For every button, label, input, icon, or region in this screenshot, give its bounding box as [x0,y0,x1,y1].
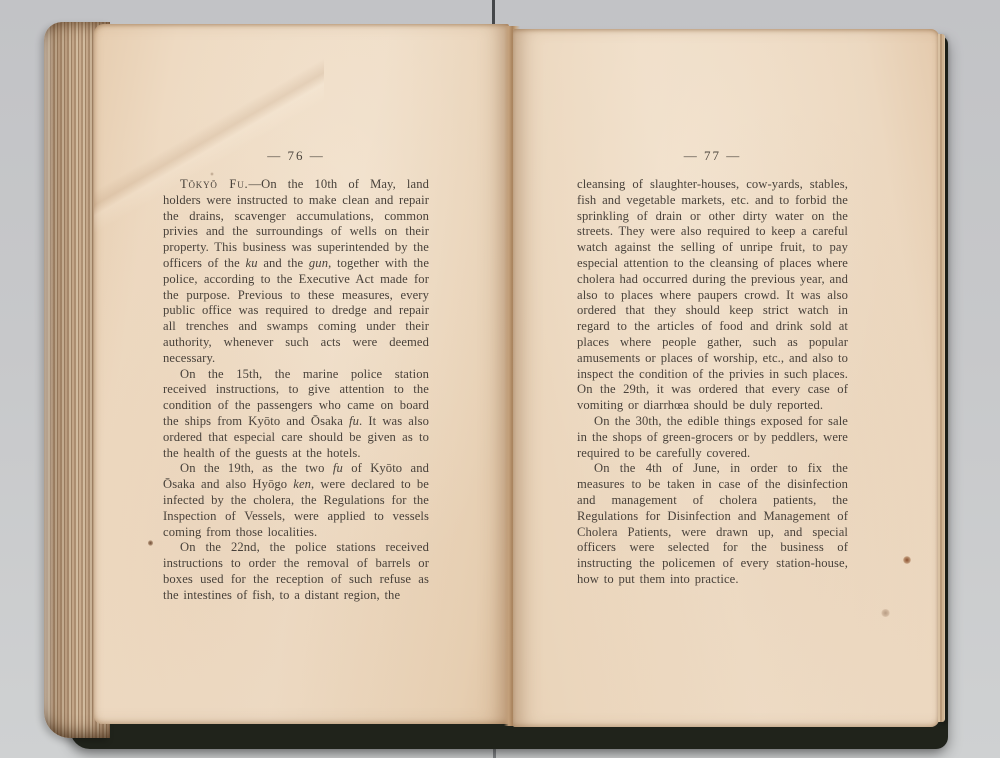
paragraph-left-1: Tōkyō Fu.—On the 10th of May, land holde… [163,177,429,367]
paragraph-left-2: On the 15th, the marine police station r… [163,367,429,462]
left-page-text-block: — 76 — Tōkyō Fu.—On the 10th of May, lan… [163,148,429,604]
page-number-left: — 76 — [163,148,429,164]
paragraph-left-3: On the 19th, as the two fu of Kyōto and … [163,461,429,540]
paragraph-right-1: cleansing of slaughter-houses, cow-yards… [577,177,848,414]
foxing-stain [148,540,153,546]
open-book: — 76 — Tōkyō Fu.—On the 10th of May, lan… [42,18,950,749]
right-page-edge-stack [938,34,945,722]
photo-of-open-book: { "colors": { "background_gray": "#c7c8c… [0,0,1000,758]
paragraph-left-4: On the 22nd, the police stations receive… [163,540,429,603]
paragraph-right-2: On the 30th, the edible things exposed f… [577,414,848,461]
paragraph-right-3: On the 4th of June, in order to fix the … [577,461,848,587]
foxing-stain [903,556,911,564]
left-page: — 76 — Tōkyō Fu.—On the 10th of May, lan… [94,24,509,724]
page-number-right: — 77 — [577,148,848,164]
right-page-text-block: — 77 — cleansing of slaughter-houses, co… [577,148,848,588]
right-page: — 77 — cleansing of slaughter-houses, co… [513,29,939,727]
foxing-stain [881,609,890,617]
